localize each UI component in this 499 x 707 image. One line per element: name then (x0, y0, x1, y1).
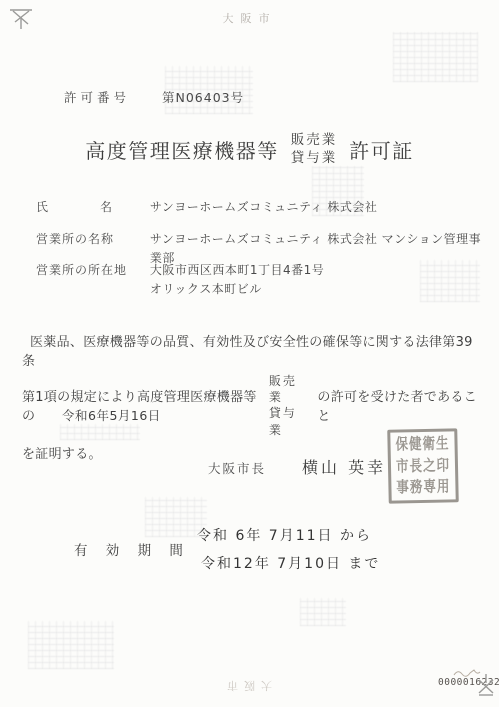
bleed-through-marks-lower-middle (300, 598, 346, 626)
field-name-value: サンヨーホームズコミュニティ 株式会社 (150, 198, 378, 217)
body-line2-post: の許可を受けた者であること (317, 386, 484, 424)
field-office-address-value: 大阪市西区西本町1丁目4番1号 オリックス本町ビル (150, 261, 324, 299)
body-sales-label: 販売業 (269, 373, 309, 405)
crop-mark-top-left-icon (9, 8, 33, 30)
seal-line3: 事務専用 (396, 479, 450, 496)
field-office-address: 営業所の所在地 大阪市西区西本町1丁目4番1号 オリックス本町ビル (36, 261, 324, 299)
city-header: 大阪市 (0, 10, 499, 26)
permit-number-label: 許可番号 (64, 90, 130, 105)
body-lease-label: 貸与業 (269, 405, 309, 437)
scanned-certificate-page: 大阪市 許可番号 第N06403号 高度管理医療機器等 販売業 貸与業 許可証 (0, 0, 499, 707)
bleed-through-text-top-right (393, 32, 478, 82)
field-office-name-label: 営業所の名称 (36, 230, 136, 247)
field-office-address-label: 営業所の所在地 (36, 261, 136, 278)
body-business-type-stack: 販売業 貸与業 (269, 373, 309, 438)
official-seal-stamp: 保健衛生 市長之印 事務専用 (387, 428, 459, 503)
field-name: 氏名 サンヨーホームズコミュニティ 株式会社 (36, 198, 377, 217)
document-title: 高度管理医療機器等 販売業 貸与業 許可証 (0, 131, 499, 167)
bleed-through-stamp-address (420, 260, 480, 302)
issue-date: 令和6年5月16日 (62, 406, 161, 424)
issuer-title: 大阪市長 (208, 459, 266, 477)
bleed-through-marks-below-date (60, 424, 140, 440)
title-business-type-stack: 販売業 貸与業 (291, 131, 338, 167)
address-line2: オリックス本町ビル (150, 282, 262, 296)
title-main: 高度管理医療機器等 (85, 135, 279, 164)
title-sales-label: 販売業 (291, 131, 338, 149)
validity-from-date: 令和 6年 7月11日 から (197, 525, 372, 545)
seal-line1: 保健衛生 (395, 436, 449, 453)
address-line1: 大阪市西区西本町1丁目4番1号 (150, 263, 324, 277)
field-name-label: 氏名 (36, 198, 136, 215)
validity-period-label: 有 効 期 間 (74, 539, 190, 559)
title-suffix: 許可証 (349, 135, 414, 164)
bleed-through-stamp-permit (165, 66, 253, 114)
body-line1: 医薬品、医療機器等の品質、有効性及び安全性の確保等に関する法律第39条 (22, 331, 484, 369)
seal-line2: 市長之印 (396, 458, 450, 475)
issuer-name: 横山 英幸 (302, 455, 386, 478)
title-lease-label: 貸与業 (291, 149, 338, 167)
validity-to-date: 令和12年 7月10日 まで (201, 553, 380, 573)
mirrored-city-text: 大阪市 (221, 678, 272, 694)
bleed-through-marks-bottom-left (28, 621, 114, 669)
crop-mark-bottom-right-icon (477, 674, 497, 700)
